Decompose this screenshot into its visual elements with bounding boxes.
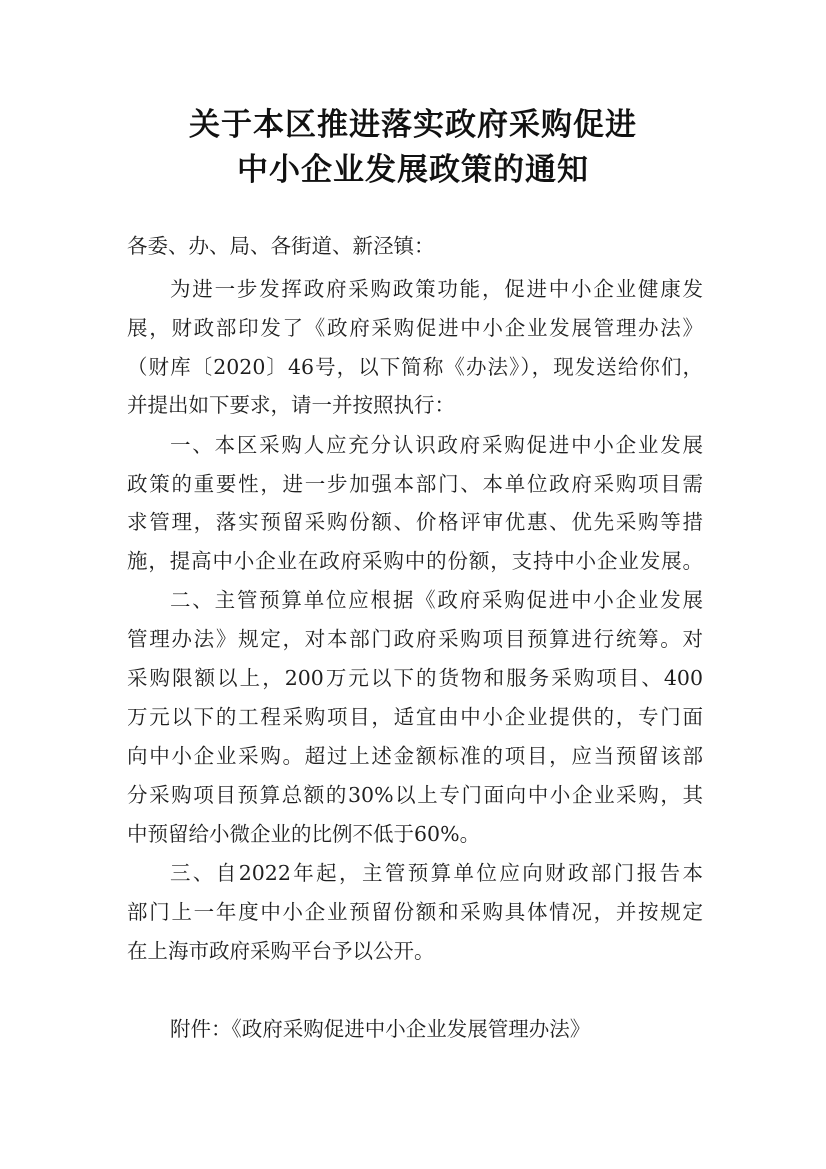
item-2-line: 中预留给小微企业的比例不低于60%。	[127, 819, 480, 849]
item-2-line: 向中小企业采购。超过上述金额标准的项目，应当预留该部	[127, 741, 703, 771]
item-3-line: 部门上一年度中小企业预留份额和采购具体情况，并按规定	[127, 897, 703, 927]
item-2-line: 二、主管预算单位应根据《政府采购促进中小企业发展	[170, 585, 703, 615]
item-1-line: 施，提高中小企业在政府采购中的份额，支持中小企业发展。	[127, 546, 703, 576]
document-title-line-1: 关于本区推进落实政府采购促进	[0, 105, 826, 145]
intro-paragraph-line: （财库〔2020〕46号，以下简称《办法》），现发送给你们，	[127, 352, 703, 382]
salutation: 各委、办、局、各街道、新泾镇：	[127, 231, 435, 261]
item-2-line: 采购限额以上，200万元以下的货物和服务采购项目、400	[127, 663, 703, 693]
item-3-line: 三、自2022年起，主管预算单位应向财政部门报告本	[170, 858, 703, 888]
document-title-line-2: 中小企业发展政策的通知	[0, 150, 826, 190]
item-1-line: 一、本区采购人应充分认识政府采购促进中小企业发展	[170, 430, 703, 460]
intro-paragraph-line: 为进一步发挥政府采购政策功能，促进中小企业健康发	[170, 274, 703, 304]
item-3-line: 在上海市政府采购平台予以公开。	[127, 936, 435, 966]
item-2-line: 万元以下的工程采购项目，适宜由中小企业提供的，专门面	[127, 702, 703, 732]
item-1-line: 求管理，落实预留采购份额、价格评审优惠、优先采购等措	[127, 507, 703, 537]
intro-paragraph-line: 展，财政部印发了《政府采购促进中小企业发展管理办法》	[127, 313, 703, 343]
item-1-line: 政策的重要性，进一步加强本部门、本单位政府采购项目需	[127, 469, 703, 499]
document-page: 关于本区推进落实政府采购促进 中小企业发展政策的通知 各委、办、局、各街道、新泾…	[0, 0, 826, 1169]
intro-paragraph-line: 并提出如下要求，请一并按照执行：	[127, 390, 455, 420]
item-2-line: 管理办法》规定，对本部门政府采购项目预算进行统筹。对	[127, 624, 703, 654]
attachment-note: 附件：《政府采购促进中小企业发展管理办法》	[170, 1014, 590, 1044]
item-2-line: 分采购项目预算总额的30%以上专门面向中小企业采购，其	[127, 780, 703, 810]
